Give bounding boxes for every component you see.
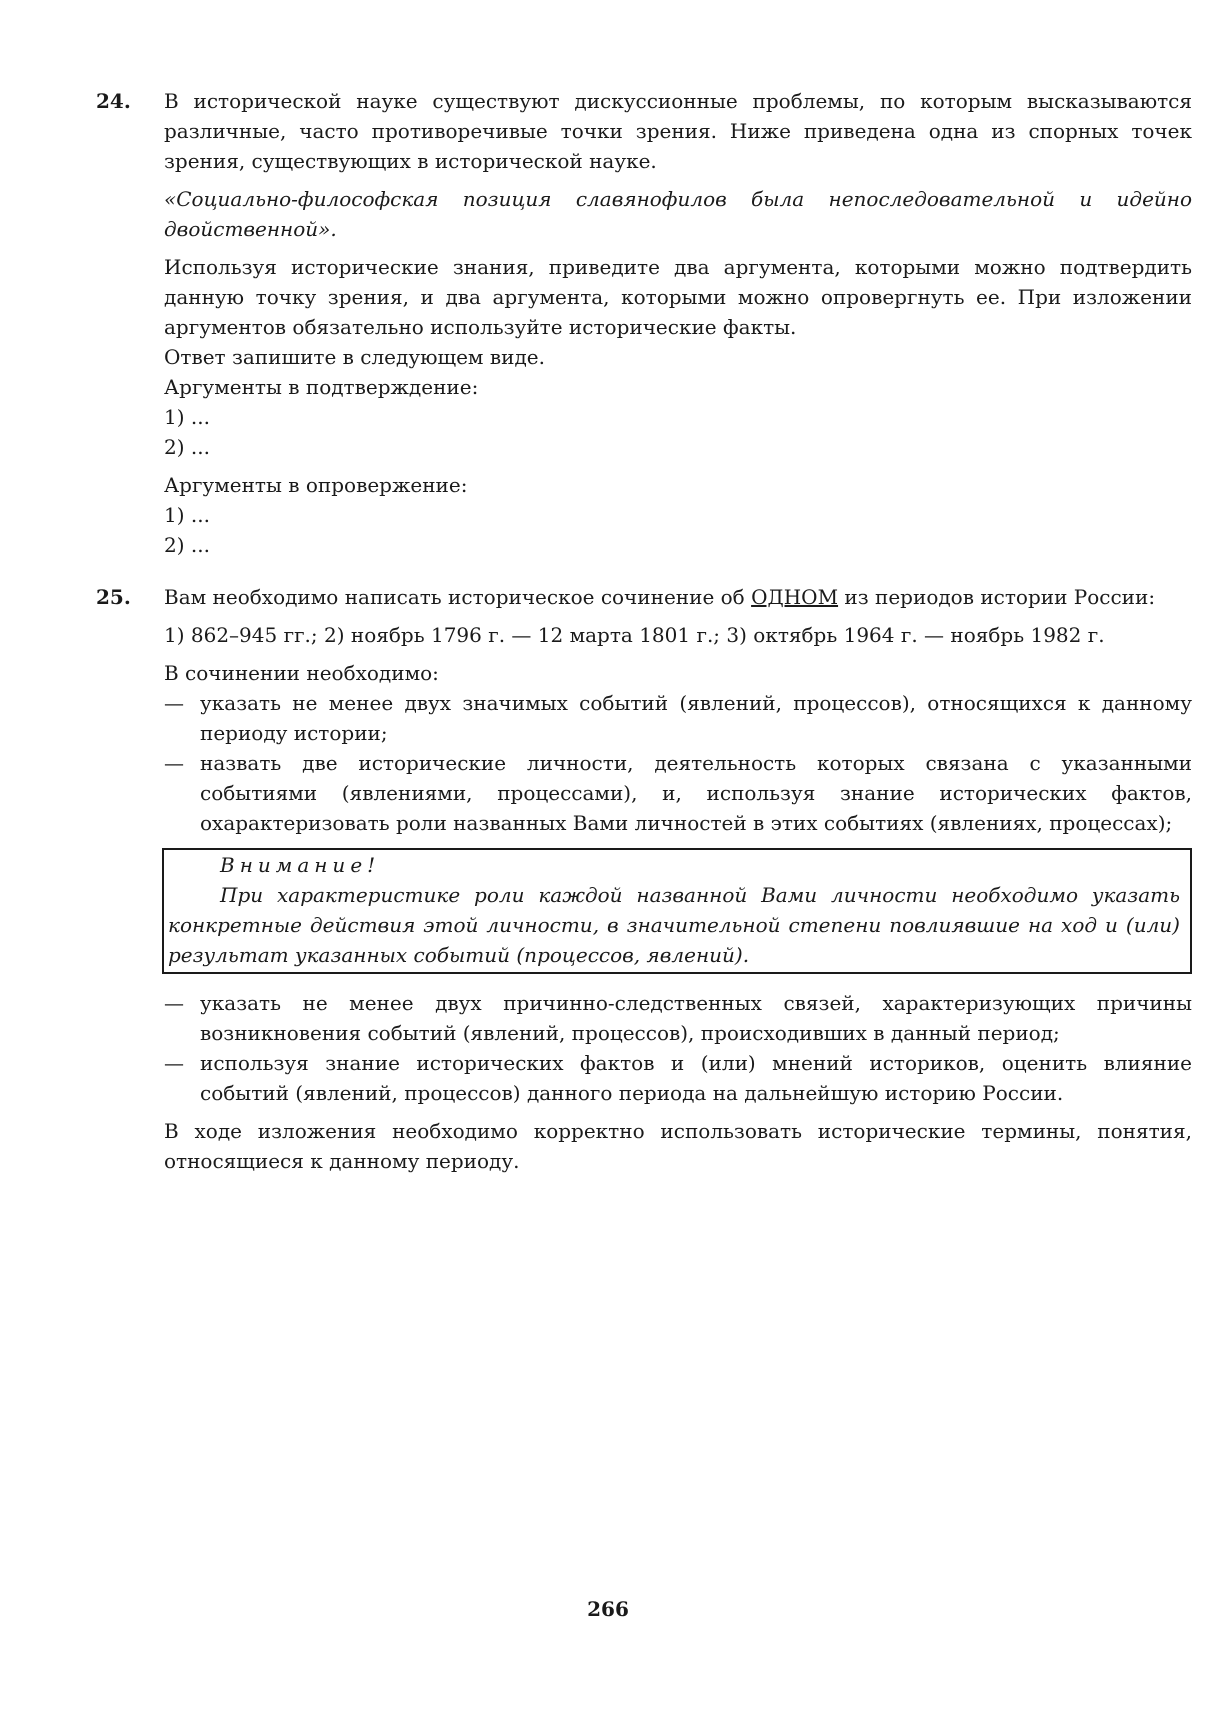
task-25: 25. Вам необходимо написать историческое… (96, 582, 1196, 1184)
dash-marker: — (164, 748, 184, 778)
notice-title: Внимание! (168, 850, 1180, 880)
confirm-item-2: 2) ... (164, 432, 1192, 462)
task-25-periods: 1) 862–945 гг.; 2) ноябрь 1796 г. — 12 м… (164, 620, 1192, 650)
requirement-item: — указать не менее двух значимых событий… (164, 688, 1192, 748)
requirement-item: — используя знание исторических фактов и… (164, 1048, 1192, 1108)
task-25-closing: В ходе изложения необходимо корректно ис… (164, 1116, 1192, 1176)
task-25-intro-before: Вам необходимо написать историческое соч… (164, 585, 751, 609)
task-25-intro-after: из периодов истории России: (838, 585, 1155, 609)
requirement-text: указать не менее двух причинно-следствен… (200, 991, 1192, 1045)
dash-marker: — (164, 988, 184, 1018)
dash-marker: — (164, 1048, 184, 1078)
refute-item-2: 2) ... (164, 530, 1192, 560)
task-24-intro: В исторической науке существуют дискусси… (164, 86, 1192, 176)
task-24-body: В исторической науке существуют дискусси… (164, 86, 1192, 560)
requirement-text: назвать две исторические личности, деяте… (200, 751, 1192, 835)
refute-item-1: 1) ... (164, 500, 1192, 530)
document-page: 24. В исторической науке существуют диск… (0, 0, 1216, 1712)
task-25-number: 25. (96, 582, 131, 612)
requirements-heading: В сочинении необходимо: (164, 658, 1192, 688)
task-25-intro: Вам необходимо написать историческое соч… (164, 582, 1192, 612)
requirement-item: — указать не менее двух причинно-следств… (164, 988, 1192, 1048)
notice-box: Внимание! При характеристике роли каждой… (162, 848, 1192, 974)
confirm-item-1: 1) ... (164, 402, 1192, 432)
task-24-number: 24. (96, 86, 131, 116)
task-25-intro-emphasis: ОДНОМ (751, 585, 838, 609)
refute-heading: Аргументы в опровержение: (164, 470, 1192, 500)
confirm-heading: Аргументы в подтверждение: (164, 372, 1192, 402)
task-25-body: Вам необходимо написать историческое соч… (164, 582, 1192, 1176)
requirement-text: указать не менее двух значимых событий (… (200, 691, 1192, 745)
requirement-item: — назвать две исторические личности, дея… (164, 748, 1192, 838)
page-number: 266 (0, 1594, 1216, 1624)
task-24-answer-format: Ответ запишите в следующем виде. (164, 342, 1192, 372)
requirement-text: используя знание исторических фактов и (… (200, 1051, 1192, 1105)
task-24-quote: «Социально-философская позиция славянофи… (164, 184, 1192, 244)
task-24-instruction: Используя исторические знания, приведите… (164, 252, 1192, 342)
dash-marker: — (164, 688, 184, 718)
notice-text: При характеристике роли каждой названной… (168, 880, 1180, 970)
task-24: 24. В исторической науке существуют диск… (96, 86, 1196, 560)
